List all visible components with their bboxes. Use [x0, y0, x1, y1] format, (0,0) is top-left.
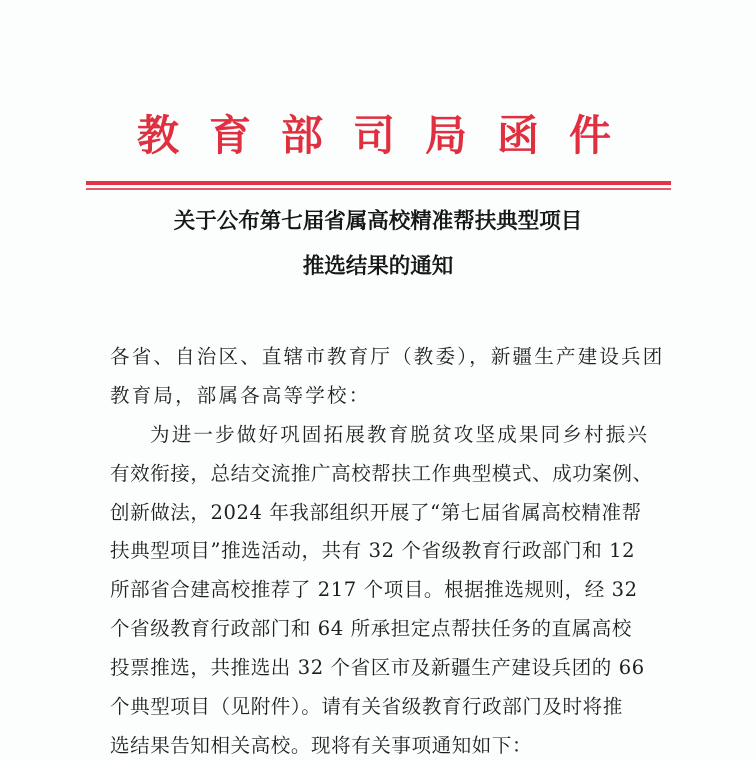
masthead-rule-thin	[86, 188, 671, 190]
notice-title-line-1: 关于公布第七届省属高校精准帮扶典型项目	[0, 207, 756, 237]
masthead-title: 教育部司局函件	[0, 108, 756, 164]
notice-title-line-2: 推选结果的通知	[0, 252, 756, 282]
body-line-8: 个典型项目（见附件）。请有关省级教育行政部门及时将推	[110, 688, 670, 727]
body-line-5: 所部省合建高校推荐了 217 个项目。根据推选规则，经 32	[110, 571, 670, 610]
body-line-7: 投票推选，共推选出 32 个省区市及新疆生产建设兵团的 66	[110, 649, 670, 688]
notice-body: 各省、自治区、直辖市教育厅（教委），新疆生产建设兵团 教育局，部属各高等学校： …	[110, 338, 670, 761]
body-line-3: 创新做法，2024 年我部组织开展了“第七届省属高校精准帮	[110, 494, 670, 533]
masthead-rule-thick	[86, 181, 671, 185]
addressee-line-2: 教育局，部属各高等学校：	[110, 377, 670, 416]
body-line-4: 扶典型项目”推选活动，共有 32 个省级教育行政部门和 12	[110, 532, 670, 571]
addressee-line-1: 各省、自治区、直辖市教育厅（教委），新疆生产建设兵团	[110, 338, 670, 377]
body-line-1: 为进一步做好巩固拓展教育脱贫攻坚成果同乡村振兴	[110, 416, 670, 455]
body-line-6: 个省级教育行政部门和 64 所承担定点帮扶任务的直属高校	[110, 610, 670, 649]
body-line-2: 有效衔接，总结交流推广高校帮扶工作典型模式、成功案例、	[110, 455, 670, 494]
body-line-9: 选结果告知相关高校。现将有关事项通知如下：	[110, 727, 670, 761]
document-page: 教育部司局函件 关于公布第七届省属高校精准帮扶典型项目 推选结果的通知 各省、自…	[0, 0, 756, 761]
